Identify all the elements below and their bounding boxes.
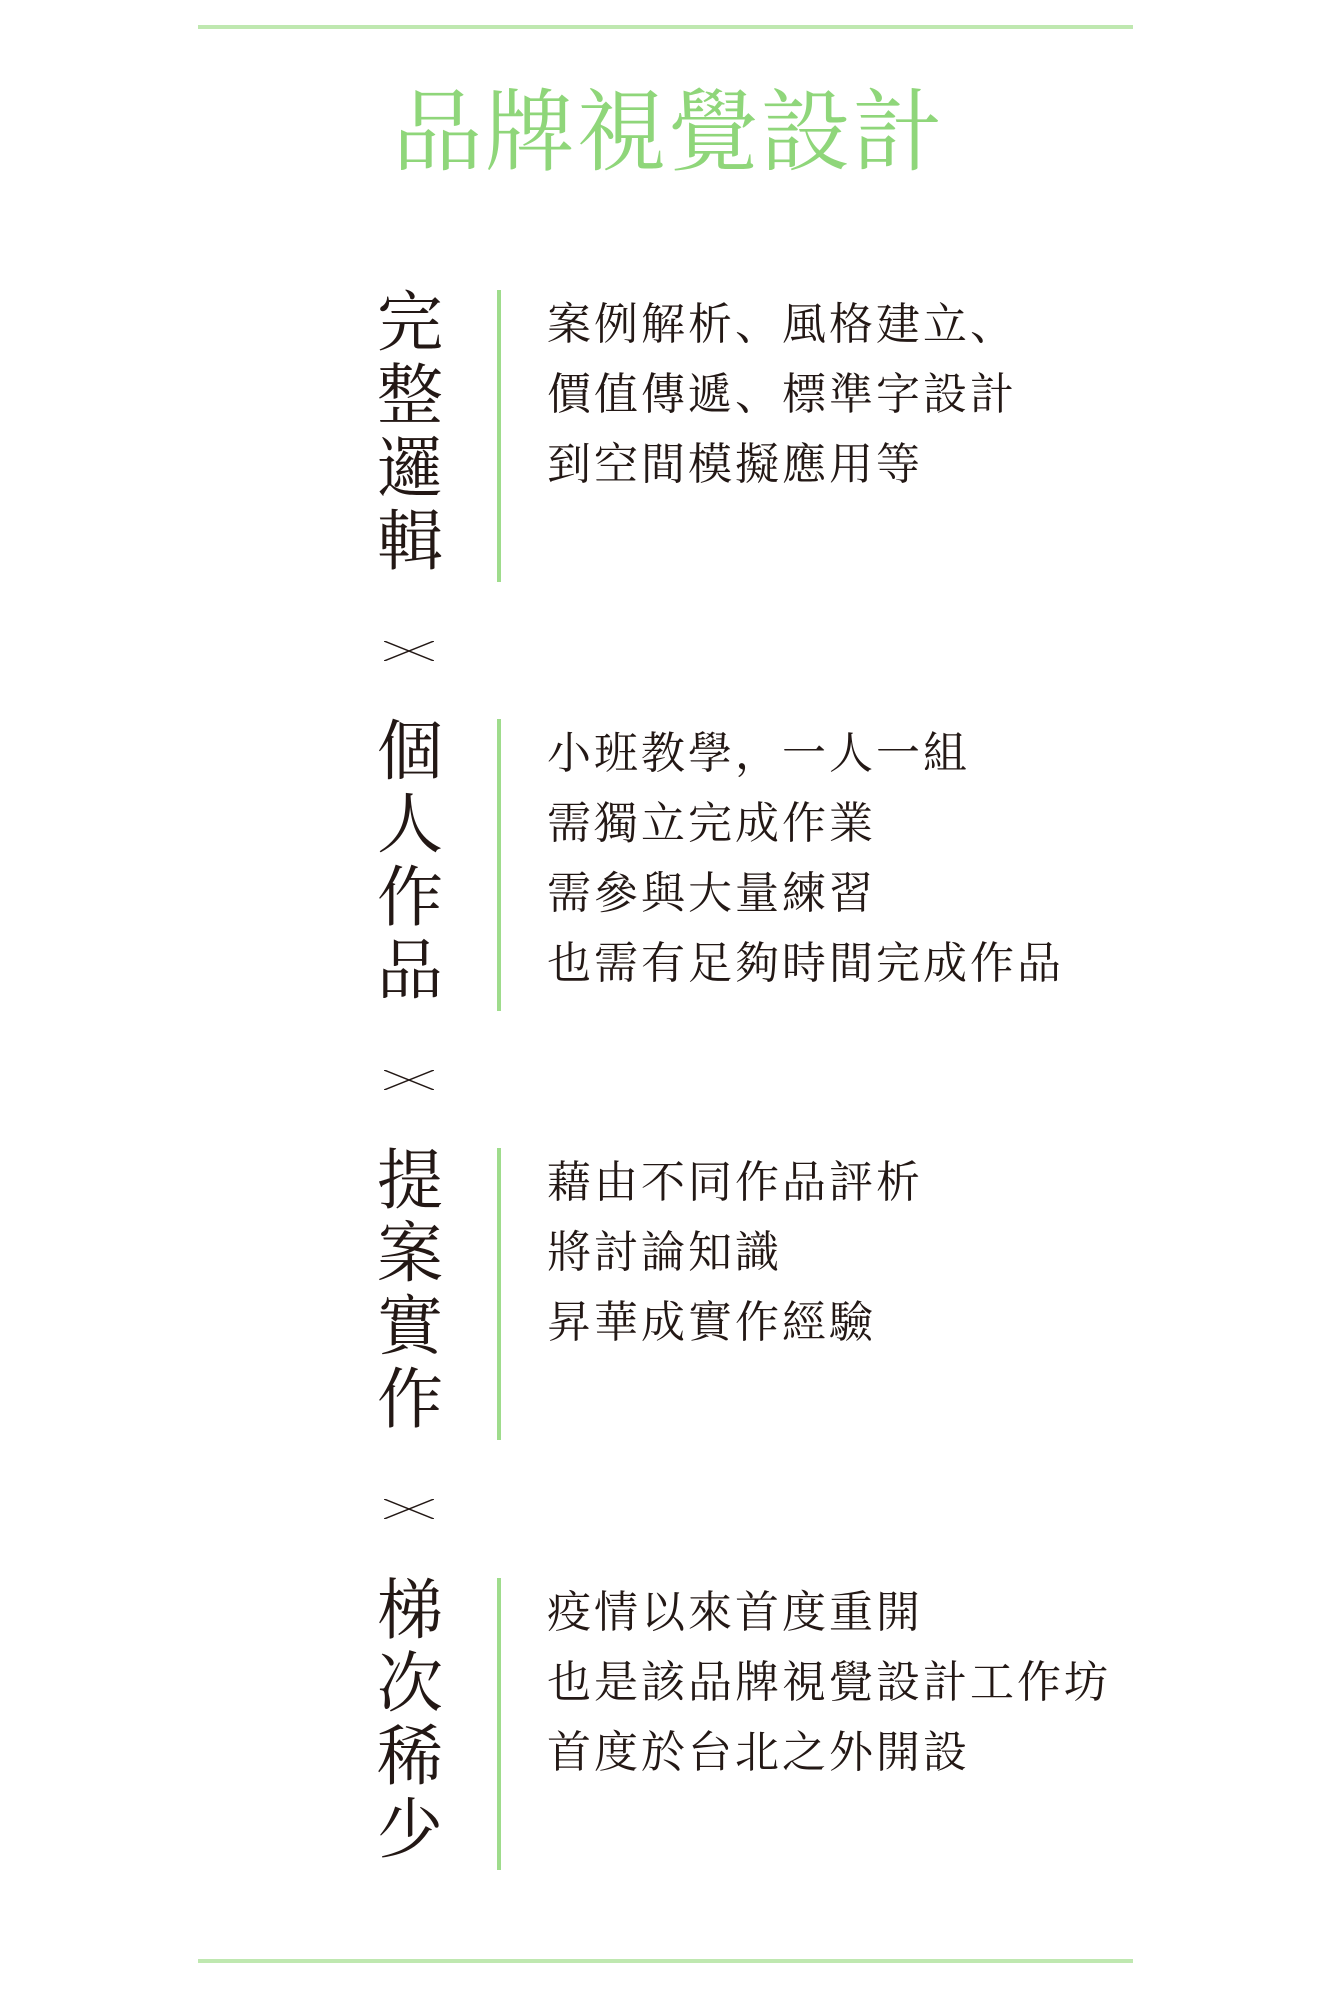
heading-char: 梯	[370, 1574, 450, 1647]
description-line: 也需有足夠時間完成作品	[547, 929, 1064, 999]
heading-char: 品	[370, 934, 450, 1007]
heading-char: 個	[370, 715, 450, 788]
heading-char: 稀	[370, 1720, 450, 1793]
heading-char: 整	[370, 359, 450, 432]
feature-section-complete-logic: 完 整 邏 輯 案例解析、風格建立、 價值傳遞、標準字設計 到空間模擬應用等	[360, 290, 1260, 582]
section-description: 案例解析、風格建立、 價值傳遞、標準字設計 到空間模擬應用等	[547, 290, 1017, 500]
section-description: 藉由不同作品評析 將討論知識 昇華成實作經驗	[547, 1148, 923, 1358]
section-heading-vertical: 梯 次 稀 少	[370, 1574, 450, 1866]
description-line: 案例解析、風格建立、	[547, 290, 1017, 360]
feature-section-personal-work: 個 人 作 品 小班教學，一人一組 需獨立完成作業 需參與大量練習 也需有足夠時…	[360, 719, 1260, 1011]
heading-char: 人	[370, 788, 450, 861]
times-icon	[384, 1499, 434, 1519]
description-line: 也是該品牌視覺設計工作坊	[547, 1648, 1111, 1718]
heading-char: 提	[370, 1144, 450, 1217]
times-icon	[384, 641, 434, 661]
section-heading-vertical: 完 整 邏 輯	[370, 286, 450, 578]
heading-char: 作	[370, 861, 450, 934]
heading-char: 少	[370, 1793, 450, 1866]
heading-char: 作	[370, 1363, 450, 1436]
description-line: 藉由不同作品評析	[547, 1148, 923, 1218]
top-divider-rule	[198, 25, 1133, 29]
section-divider-line	[497, 1148, 501, 1440]
feature-section-limited-sessions: 梯 次 稀 少 疫情以來首度重開 也是該品牌視覺設計工作坊 首度於台北之外開設	[360, 1578, 1260, 1870]
description-line: 小班教學，一人一組	[547, 719, 1064, 789]
bottom-divider-rule	[198, 1959, 1133, 1963]
page-title: 品牌視覺設計	[0, 78, 1337, 188]
heading-char: 完	[370, 286, 450, 359]
heading-char: 案	[370, 1217, 450, 1290]
section-heading-vertical: 提 案 實 作	[370, 1144, 450, 1436]
section-description: 小班教學，一人一組 需獨立完成作業 需參與大量練習 也需有足夠時間完成作品	[547, 719, 1064, 999]
description-line: 到空間模擬應用等	[547, 430, 1017, 500]
heading-char: 實	[370, 1290, 450, 1363]
description-line: 價值傳遞、標準字設計	[547, 360, 1017, 430]
heading-char: 輯	[370, 505, 450, 578]
section-heading-vertical: 個 人 作 品	[370, 715, 450, 1007]
section-divider-line	[497, 290, 501, 582]
heading-char: 邏	[370, 432, 450, 505]
section-divider-line	[497, 1578, 501, 1870]
description-line: 需參與大量練習	[547, 859, 1064, 929]
description-line: 首度於台北之外開設	[547, 1718, 1111, 1788]
section-description: 疫情以來首度重開 也是該品牌視覺設計工作坊 首度於台北之外開設	[547, 1578, 1111, 1788]
section-divider-line	[497, 719, 501, 1011]
heading-char: 次	[370, 1647, 450, 1720]
description-line: 疫情以來首度重開	[547, 1578, 1111, 1648]
times-icon	[384, 1070, 434, 1090]
feature-section-proposal-practice: 提 案 實 作 藉由不同作品評析 將討論知識 昇華成實作經驗	[360, 1148, 1260, 1440]
description-line: 昇華成實作經驗	[547, 1288, 923, 1358]
description-line: 將討論知識	[547, 1218, 923, 1288]
description-line: 需獨立完成作業	[547, 789, 1064, 859]
